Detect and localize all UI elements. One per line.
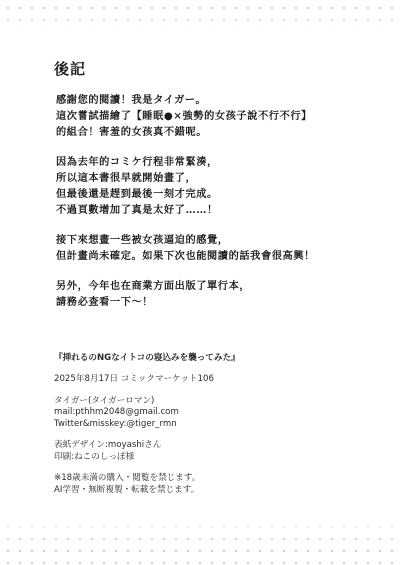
text-line: 另外，今年也在商業方面出版了單行本， (56, 278, 376, 294)
text-line: 接下來想畫一些被女孩逼迫的感覺， (56, 232, 376, 248)
dot-pattern-bottom-decoration (0, 517, 400, 565)
author-social: Twitter&misskey:@tiger_rmn (54, 419, 374, 431)
text-line: 但最後還是趕到最後一刻才完成。 (56, 186, 376, 202)
afterword-paragraph-3: 接下來想畫一些被女孩逼迫的感覺， 但計畫尚未確定。如果下次也能閱讀的話我會很高興… (56, 232, 376, 264)
author-mail: mail:pthhm2048@gmail.com (54, 407, 374, 419)
text-line: 但計畫尚未確定。如果下次也能閱讀的話我會很高興！ (56, 248, 376, 264)
afterword-body: 感謝您的閱讀！我是タイガー。 這次嘗試描繪了【睡眠●×強勢的女孩子說不行不行】 … (56, 92, 376, 324)
afterword-paragraph-2: 因為去年的コミケ行程非常緊湊， 所以這本書很早就開始畫了， 但最後還是趕到最後一… (56, 154, 376, 218)
event-info: 2025年8月17日 コミックマーケット106 (54, 374, 374, 386)
age-restriction-notice: ※18歳未満の購入・閲覧を禁じます。 (54, 473, 374, 485)
afterword-paragraph-4: 另外，今年也在商業方面出版了單行本， 請務必查看一下～！ (56, 278, 376, 310)
text-line: 不過頁數增加了真是太好了……！ (56, 202, 376, 218)
text-line: 感謝您的閱讀！我是タイガー。 (56, 92, 376, 108)
afterword-paragraph-1: 感謝您的閱讀！我是タイガー。 這次嘗試描繪了【睡眠●×強勢的女孩子說不行不行】 … (56, 92, 376, 140)
cover-design-credit: 表紙デザイン:moyashiさん (54, 440, 374, 452)
notices: ※18歳未満の購入・閲覧を禁じます。 AI学習・無断複製・転載を禁じます。 (54, 473, 374, 496)
author-name: タイガー(タイガーロマン) (54, 396, 374, 408)
printing-credit: 印刷:ねこのしっぽ様 (54, 452, 374, 464)
text-line: 因為去年的コミケ行程非常緊湊， (56, 154, 376, 170)
text-line: 請務必查看一下～！ (56, 294, 376, 310)
page-heading: 後記 (54, 58, 86, 79)
book-title: 『挿れるのNGなイトコの寝込みを襲ってみた』 (54, 352, 374, 364)
copyright-notice: AI学習・無断複製・転載を禁じます。 (54, 485, 374, 497)
text-line: 的組合！害羞的女孩真不錯呢。 (56, 124, 376, 140)
dot-pattern-top-decoration (0, 0, 400, 36)
text-line: 這次嘗試描繪了【睡眠●×強勢的女孩子說不行不行】 (56, 108, 376, 124)
colophon: 『挿れるのNGなイトコの寝込みを襲ってみた』 2025年8月17日 コミックマー… (54, 352, 374, 506)
text-line: 所以這本書很早就開始畫了， (56, 170, 376, 186)
credits: 表紙デザイン:moyashiさん 印刷:ねこのしっぽ様 (54, 440, 374, 463)
author-info: タイガー(タイガーロマン) mail:pthhm2048@gmail.com T… (54, 396, 374, 431)
event-date: 2025年8月17日 コミックマーケット106 (54, 374, 374, 386)
